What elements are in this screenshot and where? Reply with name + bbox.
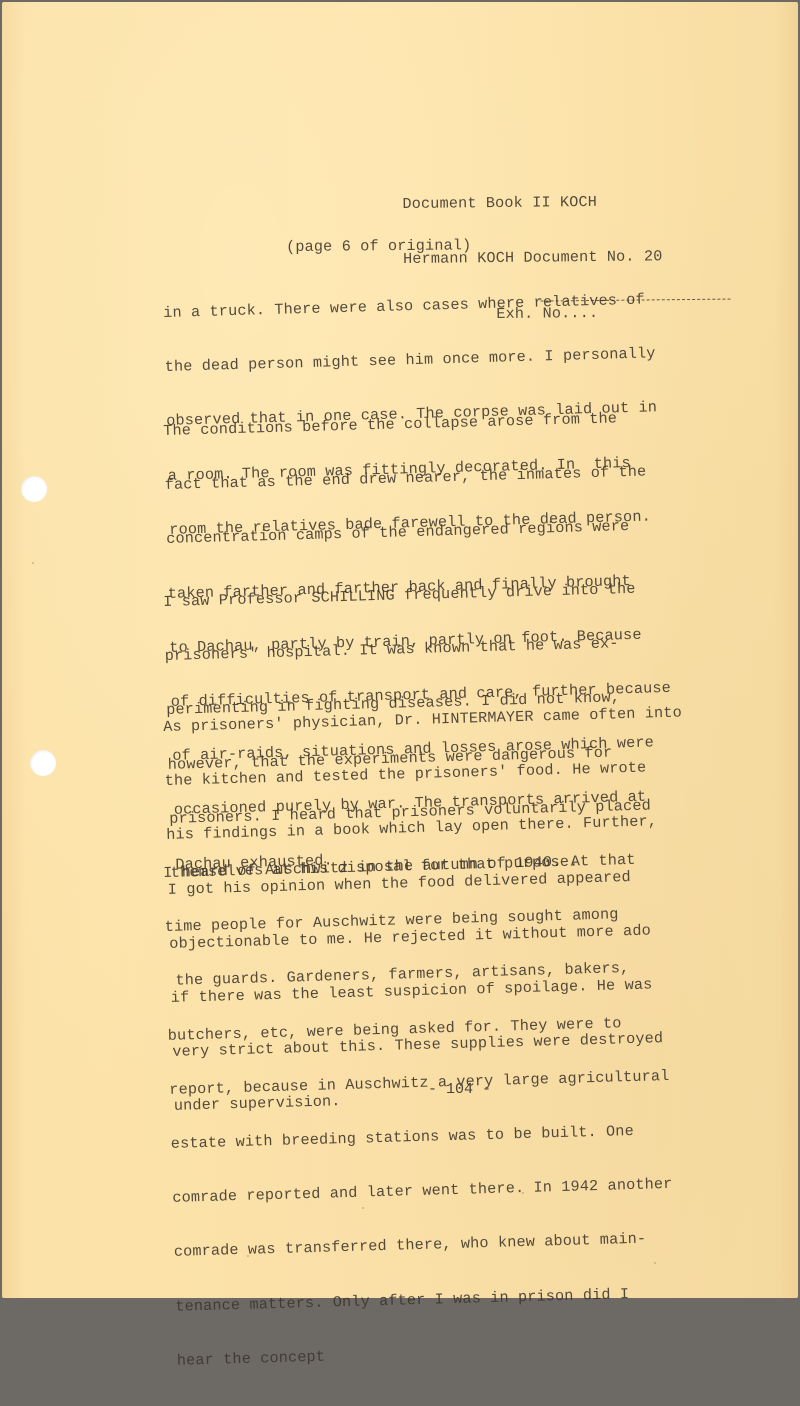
text-line: butchers, etc, were being asked for. The… <box>168 1013 669 1045</box>
header-document-book: Document Book II KOCH <box>402 192 662 214</box>
text-line: I saw Professor SCHILLING frequently dri… <box>163 580 645 612</box>
text-line: The conditions before the collapse arose… <box>163 408 664 440</box>
text-line: comrade was transferred there, who knew … <box>174 1229 675 1261</box>
text-line: report, because in Auschwitz a very larg… <box>169 1067 670 1099</box>
text-line: I heard of Auschwitz in the autumn of 19… <box>163 850 664 882</box>
text-line: comrade reported and later went there. I… <box>172 1175 673 1207</box>
text-line: concentration camps of the endangered re… <box>166 516 667 548</box>
punch-hole-lower <box>30 750 56 776</box>
page-reference: (page 6 of original) <box>286 236 471 256</box>
text-line: As prisoners' physician, Dr. HINTERMAYER… <box>163 704 682 737</box>
text-line: time people for Auschwitz were being sou… <box>165 904 666 936</box>
paragraph-auschwitz: I heard of Auschwitz in the autumn of 19… <box>162 814 678 1300</box>
text-line: fact that as the end drew nearer, the in… <box>165 462 666 494</box>
text-line: the guards. Gardeners, farmers, artisans… <box>166 958 667 990</box>
text-line: prisoners' hospital. It was known that h… <box>165 634 647 666</box>
text-line: the kitchen and tested the prisoners' fo… <box>165 758 684 791</box>
text-line: tenance matters. Only after I was in pri… <box>175 1283 676 1300</box>
text-line: estate with breeding stations was to be … <box>171 1121 672 1153</box>
document-page: Document Book II KOCH Hermann KOCH Docum… <box>2 2 798 1298</box>
text-line: the dead person might see him once more.… <box>165 344 656 376</box>
text-line: in a truck. There were also cases where … <box>163 290 654 322</box>
paper-speck <box>32 562 34 564</box>
punch-hole-upper <box>21 476 47 502</box>
page-number: - 104 - <box>428 1081 491 1098</box>
